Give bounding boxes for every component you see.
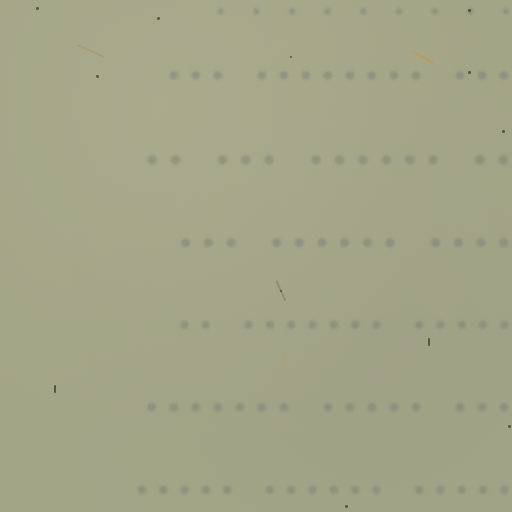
paper-fiber [281, 352, 286, 370]
ghost-text-row: ·· ······ ··· ·· [0, 130, 512, 189]
paper-speck [280, 290, 282, 292]
paper-speck [468, 71, 471, 74]
paper-speck [290, 56, 292, 58]
paper-speck [345, 505, 348, 508]
ghost-text-row: ··· ····· ······· [0, 380, 512, 434]
ghost-text-row: ····· ······ ····· [0, 465, 512, 512]
paper-speck [428, 338, 430, 346]
ghost-text-row: · · · · · · · · · [0, 0, 512, 32]
paper-speck [157, 17, 160, 20]
paper-speck [468, 9, 471, 12]
ghost-text-row: ····· ······· ·· [0, 300, 512, 351]
ghost-text-row: ··· ········ ··· [0, 48, 512, 102]
paper-speck [502, 130, 505, 133]
paper-texture: · · · · · · · · · ··· ········ ··· ·· ··… [0, 0, 512, 512]
paper-speck [96, 75, 99, 78]
paper-speck [36, 7, 39, 10]
ghost-text-row: ···· ······ ··· [0, 215, 512, 271]
paper-speck [508, 425, 511, 428]
paper-speck [54, 385, 56, 393]
